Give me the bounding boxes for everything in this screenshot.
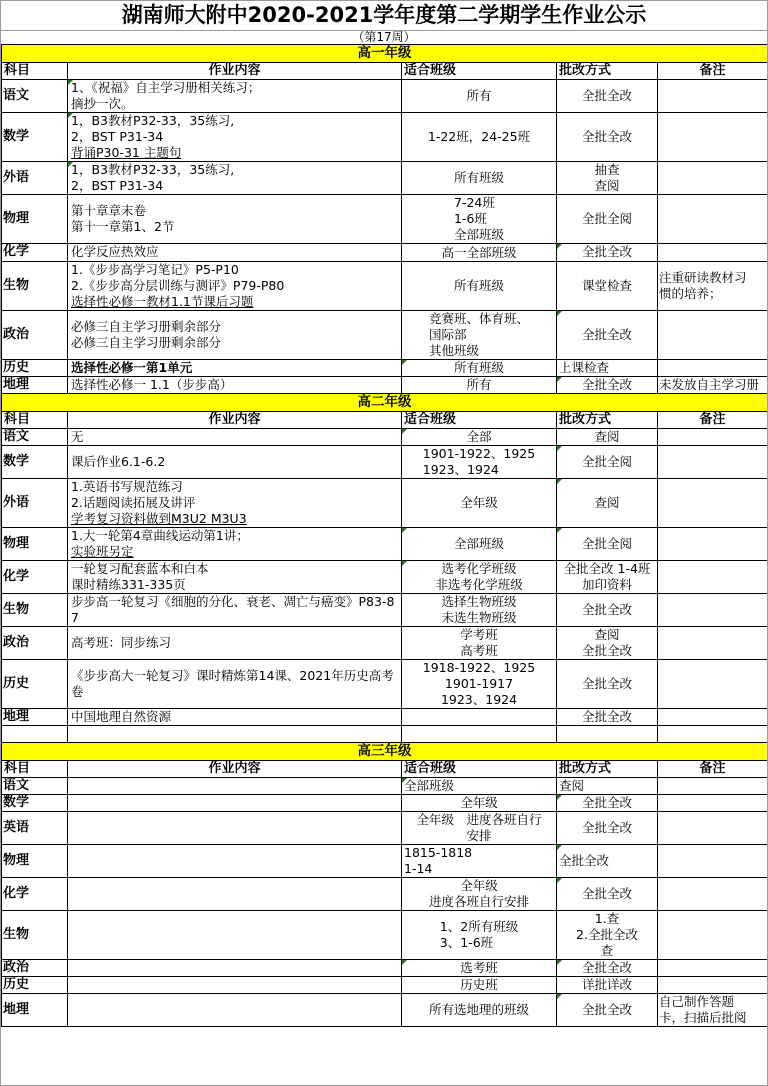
classes-cell: 全年级 进度各班自行安排 <box>402 811 557 844</box>
content-cell: 《步步高大一轮复习》课时精炼第14课、2021年历史高考卷 <box>68 659 402 708</box>
column-header: 作业内容 <box>68 63 402 80</box>
classes-cell: 1918-1922、19251901-19171923、1924 <box>402 659 557 708</box>
table-row: 数学1，B3教材P32-33，35练习,2，BST P31-34背诵P30-31… <box>2 113 768 162</box>
method-cell: 全批全改 <box>557 959 658 976</box>
cell-line: 1-22班，24-25班 <box>404 129 554 145</box>
cell-line: 1、《祝福》自主学习册相关练习； <box>71 80 398 96</box>
column-header: 作业内容 <box>68 411 402 428</box>
cell-line <box>659 536 766 552</box>
method-cell: 全批全改 <box>557 593 658 626</box>
cell-line <box>659 726 766 742</box>
cell-line: 上课检查 <box>559 360 655 376</box>
classes-cell: 选择生物班级未选生物班级 <box>402 593 557 626</box>
cell-line: 抽查 <box>559 162 655 178</box>
classes-cell: 全部班级 <box>402 777 557 794</box>
cell-line <box>659 853 766 869</box>
cell-line: 中国地理自然资源 <box>71 709 398 725</box>
cell-line: 全年级 <box>404 495 554 511</box>
cell-line <box>659 88 766 104</box>
cell-line <box>659 977 766 993</box>
subject-cell <box>2 725 68 742</box>
cell-line: 1-6班 <box>454 211 504 227</box>
note-cell <box>658 113 768 162</box>
cell-line: 2，BST P31-34 <box>71 178 398 194</box>
method-cell: 查阅全批全改 <box>557 626 658 659</box>
cell-line: 全部 <box>404 429 554 445</box>
method-cell: 全批全改 <box>557 993 658 1026</box>
table-row: 政治必修三自主学习册剩余部分必修三自主学习册剩余部分竞赛班、体育班、国际部其他班… <box>2 310 768 359</box>
content-cell: 一轮复习配套蓝本和白本课时精练331-335页 <box>68 560 402 593</box>
column-header: 适合班级 <box>402 760 557 777</box>
cell-line: 3、1-6班 <box>440 935 518 951</box>
cell-line: 1-14 <box>404 861 554 877</box>
classes-cell <box>402 708 557 725</box>
column-header: 科目 <box>2 760 68 777</box>
cell-line: 详批详改 <box>559 977 655 993</box>
subject-cell: 语文 <box>2 80 68 113</box>
corner-mark-icon <box>557 994 562 999</box>
subject-cell: 地理 <box>2 376 68 393</box>
note-cell <box>658 162 768 195</box>
subject-cell: 化学 <box>2 560 68 593</box>
content-cell: 1，B3教材P32-33，35练习,2，BST P31-34 <box>68 162 402 195</box>
corner-mark-icon <box>557 845 562 850</box>
cell-line: 第十章章末卷 <box>71 203 398 219</box>
note-cell <box>658 428 768 445</box>
cell-line: 全批全改 <box>559 327 655 343</box>
cell-line <box>559 726 655 742</box>
cell-line: 全部班级 <box>454 227 504 243</box>
cell-line <box>659 795 766 811</box>
subject-cell: 生物 <box>2 261 68 310</box>
note-cell <box>658 195 768 244</box>
method-cell: 全批全改 <box>557 376 658 393</box>
cell-line: 全批全改 <box>559 88 655 104</box>
cell-line: 课堂检查 <box>559 278 655 294</box>
cell-line: 非选考化学班级 <box>404 577 554 593</box>
cell-line: 全批全改 <box>559 602 655 618</box>
corner-mark-icon <box>68 162 73 167</box>
corner-mark-icon <box>402 561 407 566</box>
cell-line: 全批全改 1-4班 <box>559 561 655 577</box>
classes-cell: 历史班 <box>402 976 557 993</box>
section-banner-row: 高二年级 <box>2 393 768 411</box>
table-row: 数学全年级全批全改 <box>2 794 768 811</box>
cell-line <box>659 360 766 376</box>
classes-cell: 全部 <box>402 428 557 445</box>
cell-line: 1918-1922、1925 <box>404 660 554 676</box>
cell-line <box>659 602 766 618</box>
corner-mark-icon <box>68 113 73 118</box>
classes-cell: 所有班级 <box>402 359 557 376</box>
classes-cell: 全年级 <box>402 794 557 811</box>
note-cell <box>658 478 768 527</box>
cell-line: 全部班级 <box>404 778 554 794</box>
column-header: 科目 <box>2 63 68 80</box>
cell-line: 注重研读教材习 <box>659 270 766 286</box>
content-cell: 必修三自主学习册剩余部分必修三自主学习册剩余部分 <box>68 310 402 359</box>
classes-cell: 选考班 <box>402 959 557 976</box>
cell-line: 所有班级 <box>404 360 554 376</box>
cell-line: 1815-1818 <box>404 845 554 861</box>
table-row: 数学课后作业6.1-6.21901-1922、19251923、1924全批全阅 <box>2 445 768 478</box>
cell-line: 1、2所有班级 <box>440 919 518 935</box>
note-cell <box>658 244 768 262</box>
cell-line: 2.全批全改 <box>559 927 655 943</box>
cell-line <box>659 820 766 836</box>
note-cell <box>658 725 768 742</box>
note-cell <box>658 976 768 993</box>
cell-line: 一轮复习配套蓝本和白本 <box>71 561 398 577</box>
note-cell <box>658 445 768 478</box>
cell-line: 未选生物班级 <box>404 610 554 626</box>
cell-line: 全部班级 <box>404 536 554 552</box>
method-cell: 查阅 <box>557 478 658 527</box>
homework-notice-page: 湖南师大附中2020-2021学年度第二学期学生作业公示 （第17周） 高一年级… <box>0 0 768 1086</box>
cell-line: 选择性必修一教材1.1节课后习题 <box>71 294 398 310</box>
classes-cell: 1-22班，24-25班 <box>402 113 557 162</box>
table-row: 语文全部班级查阅 <box>2 777 768 794</box>
subject-cell: 历史 <box>2 976 68 993</box>
content-cell: 1、《祝福》自主学习册相关练习；摘抄一次。 <box>68 80 402 113</box>
section-banner: 高二年级 <box>2 393 768 411</box>
column-header-row: 科目作业内容适合班级批改方式备注 <box>2 411 768 428</box>
classes-cell: 1901-1922、19251923、1924 <box>402 445 557 478</box>
corner-mark-icon <box>557 528 562 533</box>
corner-mark-icon <box>402 360 407 365</box>
cell-line: 所有选地理的班级 <box>404 1002 554 1018</box>
classes-cell: 所有选地理的班级 <box>402 993 557 1026</box>
cell-line: 1901-1922、1925 <box>423 446 535 462</box>
cell-line: 全年级 进度各班自行 <box>404 812 554 828</box>
content-cell <box>68 777 402 794</box>
subject-cell: 数学 <box>2 794 68 811</box>
classes-cell: 所有 <box>402 80 557 113</box>
content-cell: 第十章章末卷第十一章第1、2节 <box>68 195 402 244</box>
cell-line: 1.《步步高学习笔记》P5-P10 <box>71 262 398 278</box>
cell-line: 全批全阅 <box>559 211 655 227</box>
homework-table: 高一年级科目作业内容适合班级批改方式备注语文1、《祝福》自主学习册相关练习；摘抄… <box>1 44 768 1027</box>
cell-line <box>659 635 766 651</box>
cell-line <box>659 129 766 145</box>
subject-cell: 外语 <box>2 162 68 195</box>
cell-line: 学考班 <box>404 627 554 643</box>
cell-line <box>659 211 766 227</box>
table-row: 物理第十章章末卷第十一章第1、2节7-24班1-6班全部班级全批全阅 <box>2 195 768 244</box>
cell-line: 未发放自主学习册 <box>659 377 766 393</box>
cell-line: 选择生物班级 <box>404 594 554 610</box>
subject-cell: 政治 <box>2 626 68 659</box>
subject-cell: 生物 <box>2 910 68 959</box>
classes-cell <box>402 725 557 742</box>
method-cell: 上课检查 <box>557 359 658 376</box>
method-cell: 全批全改 <box>557 844 658 877</box>
column-header: 批改方式 <box>557 63 658 80</box>
cell-line: 2.《步步高分层训练与测评》P79-P80 <box>71 278 398 294</box>
corner-mark-icon <box>557 960 562 965</box>
content-cell <box>68 844 402 877</box>
content-cell <box>68 959 402 976</box>
table-row: 历史《步步高大一轮复习》课时精炼第14课、2021年历史高考卷1918-1922… <box>2 659 768 708</box>
section-banner-row: 高一年级 <box>2 45 768 63</box>
cell-line: 1，B3教材P32-33，35练习, <box>71 162 398 178</box>
cell-line <box>659 327 766 343</box>
table-row: 物理1.大一轮第4章曲线运动第1讲；实验班另定全部班级全批全阅 <box>2 527 768 560</box>
corner-mark-icon <box>68 80 73 85</box>
cell-line: 全年级 <box>404 795 554 811</box>
method-cell: 全批全改 <box>557 708 658 725</box>
cell-line: 选考化学班级 <box>404 561 554 577</box>
classes-cell: 所有班级 <box>402 261 557 310</box>
cell-line <box>659 429 766 445</box>
cell-line <box>71 960 398 976</box>
note-cell <box>658 844 768 877</box>
cell-line: 1.大一轮第4章曲线运动第1讲； <box>71 528 398 544</box>
subject-cell: 历史 <box>2 359 68 376</box>
cell-line: 所有班级 <box>404 278 554 294</box>
classes-cell: 1815-18181-14 <box>402 844 557 877</box>
cell-line: 全批全阅 <box>559 454 655 470</box>
cell-line <box>71 927 398 943</box>
method-cell: 全批全改 <box>557 794 658 811</box>
cell-line: 查阅 <box>559 495 655 511</box>
page-title: 湖南师大附中2020-2021学年度第二学期学生作业公示 <box>1 1 767 31</box>
content-cell: 化学反应热效应 <box>68 244 402 262</box>
cell-line <box>71 886 398 902</box>
note-cell <box>658 80 768 113</box>
note-cell <box>658 659 768 708</box>
classes-cell: 全年级 <box>402 478 557 527</box>
cell-line: 查阅 <box>559 778 655 794</box>
classes-cell: 7-24班1-6班全部班级 <box>402 195 557 244</box>
method-cell: 全批全改 <box>557 80 658 113</box>
content-cell <box>68 811 402 844</box>
column-header: 适合班级 <box>402 411 557 428</box>
method-cell: 全批全改 <box>557 244 658 262</box>
content-cell <box>68 877 402 910</box>
corner-mark-icon <box>557 377 562 382</box>
column-header: 备注 <box>658 760 768 777</box>
note-cell <box>658 959 768 976</box>
note-cell <box>658 910 768 959</box>
cell-line: 化学反应热效应 <box>71 244 398 260</box>
cell-line: 高考班 <box>404 643 554 659</box>
cell-line: 1901-1917 <box>404 676 554 692</box>
classes-cell: 选考化学班级非选考化学班级 <box>402 560 557 593</box>
cell-line <box>404 726 554 742</box>
cell-line: 选择性必修一第1单元 <box>71 360 398 376</box>
note-cell <box>658 593 768 626</box>
cell-line: 竞赛班、体育班、 <box>429 311 529 327</box>
note-cell <box>658 811 768 844</box>
corner-mark-icon <box>402 429 407 434</box>
cell-line: 国际部 <box>429 327 529 343</box>
table-row: 外语1，B3教材P32-33，35练习,2，BST P31-34所有班级抽查查阅 <box>2 162 768 195</box>
cell-line <box>659 569 766 585</box>
cell-line: 安排 <box>404 828 554 844</box>
cell-line <box>659 454 766 470</box>
cell-line: 查阅 <box>559 429 655 445</box>
cell-line <box>71 726 398 742</box>
cell-line <box>659 495 766 511</box>
cell-line <box>71 820 398 836</box>
method-cell: 全批全改 1-4班加印资料 <box>557 560 658 593</box>
cell-line: 课时精练331-335页 <box>71 577 398 593</box>
table-row: 化学一轮复习配套蓝本和白本课时精练331-335页选考化学班级非选考化学班级全批… <box>2 560 768 593</box>
cell-line: 历史班 <box>404 977 554 993</box>
subject-cell: 物理 <box>2 844 68 877</box>
cell-line <box>71 853 398 869</box>
cell-line: 全批全改 <box>559 960 655 976</box>
subject-cell: 政治 <box>2 959 68 976</box>
column-header: 批改方式 <box>557 760 658 777</box>
subject-cell: 生物 <box>2 593 68 626</box>
table-row: 语文无全部查阅 <box>2 428 768 445</box>
method-cell: 课堂检查 <box>557 261 658 310</box>
cell-line: 1923、1924 <box>423 462 535 478</box>
classes-cell: 全年级进度各班自行安排 <box>402 877 557 910</box>
content-cell: 1.大一轮第4章曲线运动第1讲；实验班另定 <box>68 527 402 560</box>
method-cell: 1.查2.全批全改查 <box>557 910 658 959</box>
method-cell: 全批全改 <box>557 113 658 162</box>
note-cell: 自己制作答题卡，扫描后批阅 <box>658 993 768 1026</box>
note-cell <box>658 708 768 725</box>
table-row: 历史历史班详批详改 <box>2 976 768 993</box>
cell-line: 7-24班 <box>454 195 504 211</box>
classes-cell: 学考班高考班 <box>402 626 557 659</box>
table-row: 生物1.《步步高学习笔记》P5-P102.《步步高分层训练与测评》P79-P80… <box>2 261 768 310</box>
cell-line: 高一全部班级 <box>441 245 516 261</box>
cell-line <box>659 927 766 943</box>
method-cell: 全批全改 <box>557 659 658 708</box>
method-cell <box>557 725 658 742</box>
subject-cell: 物理 <box>2 527 68 560</box>
cell-line <box>659 676 766 692</box>
cell-line: 1，B3教材P32-33，35练习, <box>71 113 398 129</box>
cell-line: 所有 <box>404 377 554 393</box>
corner-mark-icon <box>402 778 407 783</box>
content-cell <box>68 725 402 742</box>
cell-line <box>71 778 398 794</box>
column-header: 适合班级 <box>402 63 557 80</box>
corner-mark-icon <box>557 244 562 249</box>
note-cell: 未发放自主学习册 <box>658 376 768 393</box>
table-row: 地理中国地理自然资源全批全改 <box>2 708 768 725</box>
content-cell: 选择性必修一第1单元 <box>68 359 402 376</box>
cell-line: 1.英语书写规范练习 <box>71 479 398 495</box>
cell-line: 查阅 <box>559 178 655 194</box>
note-cell: 注重研读教材习惯的培养； <box>658 261 768 310</box>
cell-line: 全批全阅 <box>559 536 655 552</box>
content-cell: 中国地理自然资源 <box>68 708 402 725</box>
cell-line: 进度各班自行安排 <box>404 894 554 910</box>
content-cell <box>68 794 402 811</box>
subject-cell: 语文 <box>2 428 68 445</box>
cell-line <box>71 1002 398 1018</box>
content-cell: 高考班：同步练习 <box>68 626 402 659</box>
column-header: 科目 <box>2 411 68 428</box>
cell-line: 选择性必修一 1.1（步步高） <box>71 377 398 393</box>
column-header: 作业内容 <box>68 760 402 777</box>
cell-line: 全批全改 <box>559 643 655 659</box>
cell-line: 所有 <box>404 88 554 104</box>
content-cell <box>68 910 402 959</box>
cell-line: 1923、1924 <box>404 692 554 708</box>
subject-cell: 数学 <box>2 445 68 478</box>
cell-line: 摘抄一次。 <box>71 96 398 112</box>
content-cell: 步步高一轮复习《细胞的分化、衰老、凋亡与癌变》P83-87 <box>68 593 402 626</box>
cell-line <box>404 709 554 725</box>
subject-cell: 地理 <box>2 993 68 1026</box>
subject-cell: 英语 <box>2 811 68 844</box>
note-cell <box>658 310 768 359</box>
note-cell <box>658 777 768 794</box>
subject-cell: 化学 <box>2 244 68 262</box>
corner-mark-icon <box>402 528 407 533</box>
cell-line: 背诵P30-31 主题句 <box>71 145 398 161</box>
note-cell <box>658 527 768 560</box>
subject-cell: 语文 <box>2 777 68 794</box>
method-cell: 全批全阅 <box>557 195 658 244</box>
cell-line <box>659 778 766 794</box>
cell-line: 全批全改 <box>559 820 655 836</box>
section-banner: 高三年级 <box>2 742 768 760</box>
subject-cell: 物理 <box>2 195 68 244</box>
table-row: 外语1.英语书写规范练习2.话题阅读拓展及讲评学考复习资料做到M3U2 M3U3… <box>2 478 768 527</box>
corner-mark-icon <box>557 311 562 316</box>
method-cell: 详批详改 <box>557 976 658 993</box>
method-cell: 全批全改 <box>557 310 658 359</box>
method-cell: 全批全改 <box>557 811 658 844</box>
table-row: 生物1、2所有班级3、1-6班1.查2.全批全改查 <box>2 910 768 959</box>
cell-line: 全批全改 <box>559 377 655 393</box>
cell-line <box>659 709 766 725</box>
note-cell <box>658 359 768 376</box>
subject-cell: 政治 <box>2 310 68 359</box>
corner-mark-icon <box>557 479 562 484</box>
cell-line: 加印资料 <box>559 577 655 593</box>
subject-cell: 数学 <box>2 113 68 162</box>
column-header: 备注 <box>658 411 768 428</box>
cell-line: 全批全改 <box>559 853 655 869</box>
column-header: 备注 <box>658 63 768 80</box>
note-cell <box>658 560 768 593</box>
subject-cell: 外语 <box>2 478 68 527</box>
classes-cell: 全部班级 <box>402 527 557 560</box>
cell-line <box>659 886 766 902</box>
cell-line: 课后作业6.1-6.2 <box>71 454 398 470</box>
section-banner: 高一年级 <box>2 45 768 63</box>
cell-line: 第十一章第1、2节 <box>71 219 398 235</box>
cell-line <box>659 244 766 260</box>
cell-line: 惯的培养； <box>659 286 766 302</box>
corner-mark-icon <box>402 960 407 965</box>
titlebar: 湖南师大附中2020-2021学年度第二学期学生作业公示 （第17周） <box>1 1 767 44</box>
column-header: 批改方式 <box>557 411 658 428</box>
method-cell: 全批全阅 <box>557 445 658 478</box>
table-row: 政治选考班全批全改 <box>2 959 768 976</box>
table-row: 英语全年级 进度各班自行安排全批全改 <box>2 811 768 844</box>
method-cell: 抽查查阅 <box>557 162 658 195</box>
cell-line: 2.话题阅读拓展及讲评 <box>71 495 398 511</box>
cell-line: 所有班级 <box>404 170 554 186</box>
table-row: 地理选择性必修一 1.1（步步高）所有全批全改未发放自主学习册 <box>2 376 768 393</box>
subject-cell: 历史 <box>2 659 68 708</box>
cell-line: 实验班另定 <box>71 544 398 560</box>
content-cell: 1.《步步高学习笔记》P5-P102.《步步高分层训练与测评》P79-P80选择… <box>68 261 402 310</box>
table-row: 语文1、《祝福》自主学习册相关练习；摘抄一次。所有全批全改 <box>2 80 768 113</box>
cell-line: 全年级 <box>404 878 554 894</box>
